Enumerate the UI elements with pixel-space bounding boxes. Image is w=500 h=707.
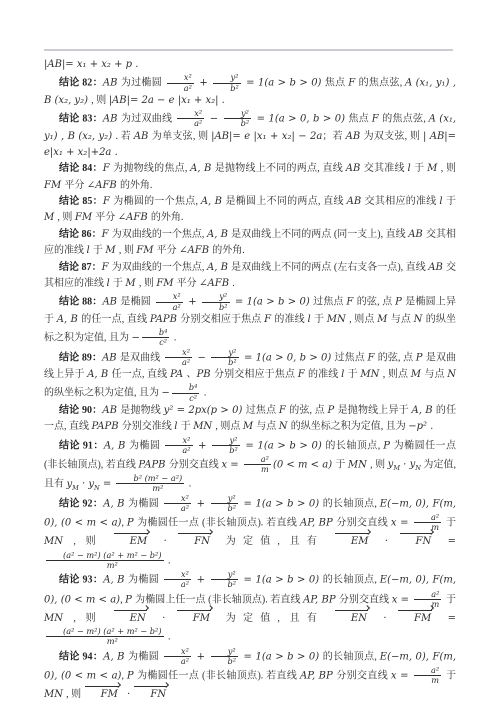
text-run: 交其相应的准线 bbox=[365, 196, 440, 207]
math-run: + bbox=[193, 575, 208, 586]
math-run: A, B bbox=[104, 440, 129, 451]
math-run: x = bbox=[391, 517, 412, 528]
text-run: . bbox=[201, 388, 206, 399]
fraction-denominator: b² bbox=[211, 504, 239, 513]
text-run: 与点 bbox=[256, 421, 279, 432]
math-run: yN bbox=[88, 479, 99, 490]
vector-run: FM bbox=[398, 609, 434, 627]
fraction-denominator: b² bbox=[202, 303, 230, 312]
text-run: . bbox=[232, 278, 235, 289]
math-run: MN bbox=[44, 613, 73, 624]
fraction: y²b² bbox=[202, 292, 230, 311]
text-run: 、 bbox=[186, 369, 196, 380]
text-run: 的长轴顶点, bbox=[323, 575, 380, 586]
text-run: 于 bbox=[181, 421, 194, 432]
paragraph: 结论 87：F 为双曲线的一个焦点, A, B 是双曲线上不同的两点 (左右支各… bbox=[44, 260, 456, 293]
paragraph: 结论 82：AB 为过椭圆 x²a² + y²b² = 1(a > b > 0)… bbox=[44, 73, 456, 109]
fraction: b⁴c² bbox=[172, 383, 200, 402]
conclusion-label: 结论 86： bbox=[59, 229, 102, 240]
text-run: , 则 bbox=[73, 536, 112, 547]
math-run: M bbox=[105, 245, 118, 256]
math-run: FM bbox=[156, 278, 176, 289]
math-run: · bbox=[400, 459, 410, 470]
math-subscript: M bbox=[72, 484, 79, 492]
text-run: , 则 bbox=[139, 278, 157, 289]
math-run: M bbox=[427, 163, 441, 174]
fraction: x²a² bbox=[165, 348, 192, 367]
paragraph: 结论 84：F 为抛物线的焦点, A, B 是抛物线上不同的两点, 直线 AB … bbox=[44, 161, 456, 194]
fraction: a²m bbox=[414, 590, 441, 609]
math-run: A, B bbox=[207, 229, 231, 240]
math-run: · bbox=[153, 536, 177, 547]
text-run: 于 bbox=[113, 278, 126, 289]
text-run: 过焦点 bbox=[313, 297, 346, 308]
fraction-denominator: m² bbox=[116, 484, 184, 493]
text-run: , 则 bbox=[73, 613, 112, 624]
math-run: AB bbox=[102, 352, 120, 363]
text-run: , 则 bbox=[370, 459, 388, 470]
fraction-denominator: a² bbox=[164, 504, 191, 513]
paragraph: 结论 91：A, B 为椭圆 x²a² + y²b² = 1(a > b > 0… bbox=[44, 436, 456, 494]
conclusion-label: 结论 84： bbox=[59, 163, 103, 174]
math-run: + bbox=[195, 440, 211, 451]
math-run: (0 < m < a) bbox=[273, 459, 335, 470]
math-run: M bbox=[243, 421, 256, 432]
text-run: . bbox=[166, 555, 171, 566]
math-run: ∠AFB bbox=[199, 278, 232, 289]
text-run: 于 bbox=[314, 314, 327, 325]
math-run: M bbox=[125, 278, 138, 289]
math-run: = bbox=[437, 536, 456, 547]
fraction: x²a² bbox=[167, 73, 194, 92]
math-run: P bbox=[416, 352, 426, 363]
math-run: ∠AFB bbox=[179, 245, 212, 256]
text-run: 是抛物线上不同的两点, 直线 bbox=[215, 163, 346, 174]
text-run: . bbox=[166, 632, 171, 643]
text-run: . bbox=[186, 479, 191, 490]
math-run: − bbox=[132, 333, 140, 344]
math-run: AB bbox=[134, 131, 152, 142]
conclusion-label: 结论 93： bbox=[59, 575, 103, 586]
math-run: AB bbox=[428, 262, 446, 273]
vector-run: FN bbox=[178, 532, 213, 550]
math-run: = 1(a > 0, b > 0) bbox=[241, 352, 335, 363]
math-run: = 1(a > b > 0) bbox=[243, 78, 325, 89]
text-run: 是椭圆上不同的两点, 直线 bbox=[225, 196, 346, 207]
fraction-denominator: a² bbox=[165, 358, 192, 367]
math-run: + bbox=[193, 498, 208, 509]
page-content: |AB|= x₁ + x₂ + p .结论 82：AB 为过椭圆 x²a² + … bbox=[44, 57, 456, 704]
conclusion-label: 结论 89： bbox=[59, 352, 102, 363]
fraction-numerator: (a² − m²) (a² + m² − b²) bbox=[46, 627, 164, 637]
fraction-denominator: b² bbox=[212, 446, 240, 455]
math-run: −p² . bbox=[408, 421, 433, 432]
math-run: AP, BP bbox=[300, 517, 336, 528]
text-run: 焦点 bbox=[348, 114, 371, 125]
text-run: 是抛物线上异于 bbox=[338, 405, 412, 416]
math-run: = bbox=[100, 479, 115, 490]
math-run: F bbox=[346, 297, 356, 308]
fraction-denominator: m bbox=[244, 465, 271, 474]
math-run: y² = 2px(p > 0) bbox=[164, 405, 246, 416]
text-run: 为定值, 且有 bbox=[216, 613, 334, 624]
fraction: (a² − m²) (a² + m² − b²)m² bbox=[46, 627, 164, 646]
vector-run: EM bbox=[335, 532, 372, 550]
text-run: 平分 bbox=[177, 278, 200, 289]
math-run: x = bbox=[392, 594, 413, 605]
text-run: 的外角. bbox=[212, 245, 245, 256]
math-run: · bbox=[124, 689, 134, 700]
math-run: F bbox=[102, 262, 112, 273]
math-run: = 1(a > b > 0) bbox=[240, 575, 323, 586]
math-run: = 1(a > 0, b > 0) bbox=[253, 114, 348, 125]
vector-run: EN bbox=[335, 609, 370, 627]
math-run: P bbox=[127, 517, 137, 528]
math-run: FM bbox=[136, 245, 156, 256]
math-run: P bbox=[328, 405, 338, 416]
math-run: F bbox=[264, 314, 274, 325]
text-run: 分别交相应于焦点 bbox=[180, 314, 264, 325]
paragraph: 结论 86：F 为双曲线的一个焦点, A, B 是双曲线上不同的两点 (同一支上… bbox=[44, 227, 456, 260]
math-run: + bbox=[193, 651, 208, 662]
text-run: 的准线 bbox=[308, 369, 341, 380]
text-run: 的焦点弦, bbox=[382, 114, 428, 125]
fraction: y²b² bbox=[211, 570, 239, 589]
text-run: 于 bbox=[93, 245, 106, 256]
math-run: A, B bbox=[411, 405, 435, 416]
math-run: A, B bbox=[103, 498, 128, 509]
text-run: 的任一点, 直线 bbox=[81, 314, 150, 325]
math-run: AB bbox=[103, 114, 121, 125]
text-run: 于 bbox=[335, 459, 348, 470]
text-run: 为过双曲线 bbox=[121, 114, 175, 125]
text-run: 为椭圆 bbox=[128, 575, 162, 586]
math-run: yN bbox=[410, 459, 421, 470]
text-run: 于 bbox=[414, 163, 427, 174]
conclusion-label: 结论 82： bbox=[59, 78, 103, 89]
vector-run: EN bbox=[114, 609, 149, 627]
math-run: MN bbox=[193, 421, 215, 432]
text-run: 的纵坐标之积为定值, 且为 bbox=[44, 388, 162, 399]
text-run: ；若 bbox=[322, 131, 345, 142]
text-run: 是抛物线 bbox=[120, 405, 163, 416]
fraction: y²b² bbox=[212, 436, 240, 455]
fraction-denominator: a² bbox=[164, 580, 191, 589]
math-run: PA bbox=[170, 369, 186, 380]
math-run: = 1(a > b > 0) bbox=[240, 498, 323, 509]
vector-run: FN bbox=[134, 685, 169, 703]
text-run: 的焦点弦, bbox=[359, 78, 405, 89]
text-run: 平分 bbox=[157, 245, 180, 256]
paragraph: 结论 92：A, B 为椭圆 x²a² + y²b² = 1(a > b > 0… bbox=[44, 494, 456, 571]
math-run: A, B bbox=[201, 196, 226, 207]
text-run: . bbox=[171, 333, 176, 344]
text-run: , 则 bbox=[91, 95, 109, 106]
math-run: A, B bbox=[57, 314, 81, 325]
paragraph: |AB|= x₁ + x₂ + p . bbox=[44, 57, 456, 73]
fraction: x²a² bbox=[165, 436, 192, 455]
paragraph: 结论 88：AB 是椭圆 x²a² + y²b² = 1(a > b > 0) … bbox=[44, 292, 456, 347]
header-rule bbox=[44, 49, 453, 51]
text-run: 任一点, 直线 bbox=[112, 369, 170, 380]
text-run: 的长轴顶点, bbox=[323, 498, 380, 509]
math-run: ∠AFB bbox=[118, 212, 151, 223]
text-run: 于 bbox=[443, 517, 456, 528]
document-page: |AB|= x₁ + x₂ + p .结论 82：AB 为过椭圆 x²a² + … bbox=[0, 0, 500, 707]
text-run: 为椭圆 bbox=[129, 440, 163, 451]
text-run: , 则点 bbox=[215, 421, 243, 432]
conclusion-label: 结论 91： bbox=[59, 440, 104, 451]
math-run: + bbox=[185, 297, 200, 308]
text-run: 为过椭圆 bbox=[121, 78, 165, 89]
math-run: F bbox=[102, 229, 112, 240]
conclusion-label: 结论 88： bbox=[59, 297, 102, 308]
fraction-denominator: a² bbox=[165, 446, 192, 455]
text-run: 为抛物线的焦点, bbox=[113, 163, 190, 174]
text-run: . 若 bbox=[116, 131, 134, 142]
text-run: 的长轴顶点, bbox=[323, 651, 380, 662]
math-run: AB bbox=[347, 196, 365, 207]
text-run: 为双支弦, 则 bbox=[364, 131, 423, 142]
math-run: N bbox=[414, 314, 426, 325]
text-run: 的长轴顶点, bbox=[325, 440, 383, 451]
math-run: A, B bbox=[103, 575, 128, 586]
fraction: b² (m² − a²)m² bbox=[116, 474, 184, 493]
math-run: yM bbox=[67, 479, 79, 490]
fraction: x²a² bbox=[164, 494, 191, 513]
math-run: A, B bbox=[207, 262, 231, 273]
text-run: 为双曲线的一个焦点, bbox=[112, 262, 207, 273]
math-run: AB bbox=[346, 131, 364, 142]
fraction: y²b² bbox=[211, 494, 239, 513]
math-run: PB bbox=[197, 369, 214, 380]
math-run: N bbox=[279, 421, 291, 432]
fraction-denominator: m² bbox=[46, 561, 164, 570]
text-run: 过焦点 bbox=[246, 405, 279, 416]
fraction: y²b² bbox=[224, 109, 252, 128]
math-run: F bbox=[348, 78, 358, 89]
page-number: 6 bbox=[248, 669, 252, 678]
fraction: b⁴c² bbox=[142, 328, 170, 347]
math-run: M bbox=[377, 314, 391, 325]
text-run: 为椭圆的一个焦点, bbox=[113, 196, 201, 207]
math-run: F bbox=[368, 352, 378, 363]
math-run: A, B bbox=[87, 369, 111, 380]
fraction: x²a² bbox=[156, 292, 183, 311]
math-run: FM bbox=[44, 180, 64, 191]
fraction-numerator: b² (m² − a²) bbox=[116, 474, 184, 484]
text-run: 于 bbox=[446, 196, 456, 207]
text-run: 为双曲线的一个焦点, bbox=[112, 229, 207, 240]
vector-run: FM bbox=[85, 685, 121, 703]
fraction-denominator: a² bbox=[177, 119, 204, 128]
conclusion-label: 结论 85： bbox=[59, 196, 103, 207]
text-run: 是椭圆 bbox=[120, 297, 153, 308]
fraction: x²a² bbox=[177, 109, 204, 128]
fraction-denominator: c² bbox=[142, 338, 170, 347]
paragraph: 结论 93：A, B 为椭圆 x²a² + y²b² = 1(a > b > 0… bbox=[44, 570, 456, 647]
math-run: PAPB bbox=[138, 459, 168, 470]
fraction-denominator: c² bbox=[172, 394, 200, 403]
math-run: MN bbox=[44, 689, 66, 700]
text-run: 的外角. bbox=[120, 180, 153, 191]
text-run: 与点 bbox=[424, 369, 447, 380]
vector-run: FN bbox=[400, 532, 435, 550]
text-run: , 则 bbox=[66, 689, 84, 700]
math-run: MN bbox=[44, 536, 73, 547]
fraction-denominator: b² bbox=[224, 119, 252, 128]
text-run: 的外角. bbox=[151, 212, 184, 223]
text-run: 平分 bbox=[64, 180, 87, 191]
fraction-denominator: b² bbox=[213, 84, 241, 93]
math-run: F bbox=[279, 405, 289, 416]
text-run: 为椭圆 bbox=[128, 498, 162, 509]
text-run: 分别交直线 bbox=[336, 517, 391, 528]
math-run: = 1(a > b > 0) bbox=[240, 651, 323, 662]
fraction: x²a² bbox=[164, 570, 191, 589]
fraction: a²m bbox=[414, 513, 441, 532]
text-run: , 则 bbox=[441, 163, 456, 174]
text-run: , 则 bbox=[119, 245, 137, 256]
text-run: 分别交相应于焦点 bbox=[214, 369, 298, 380]
math-run: yM bbox=[388, 459, 400, 470]
text-run: 过焦点 bbox=[335, 352, 368, 363]
vector-run: EM bbox=[114, 532, 151, 550]
conclusion-label: 结论 92： bbox=[59, 498, 103, 509]
text-run: 的弦, 点 bbox=[378, 352, 416, 363]
math-run: PAPB bbox=[150, 314, 180, 325]
math-run: AB bbox=[103, 78, 121, 89]
math-run: = 1(a > b > 0) bbox=[232, 297, 314, 308]
text-run: 为定值, 且有 bbox=[216, 536, 334, 547]
math-run: · bbox=[152, 613, 176, 624]
text-run: 是双曲线上不同的两点 (同一支上), 直线 bbox=[231, 229, 408, 240]
text-run: 是双曲线 bbox=[120, 352, 163, 363]
math-run: − bbox=[162, 388, 170, 399]
text-run: 分别交直线 bbox=[339, 594, 392, 605]
text-run: 焦点 bbox=[325, 78, 348, 89]
fraction: (a² − m²) (a² + m² − b²)m² bbox=[46, 551, 164, 570]
math-run: PAPB bbox=[92, 421, 122, 432]
vector-run: FM bbox=[177, 609, 213, 627]
fraction: a²m bbox=[244, 455, 271, 474]
math-run: + bbox=[196, 78, 211, 89]
math-run: F bbox=[103, 196, 113, 207]
paragraph: 结论 85：F 为椭圆的一个焦点, A, B 是椭圆上不同的两点, 直线 AB … bbox=[44, 194, 456, 227]
text-run: 为椭圆任一点 (非长轴顶点). 若直线 bbox=[137, 517, 300, 528]
conclusion-label: 结论 94： bbox=[59, 651, 103, 662]
math-run: AB bbox=[346, 163, 364, 174]
math-run: N bbox=[447, 369, 456, 380]
fraction-denominator: a² bbox=[167, 84, 194, 93]
paragraph: 结论 89：AB 是双曲线 x²a² − y²b² = 1(a > 0, b >… bbox=[44, 348, 456, 403]
text-run: 平分 bbox=[95, 212, 118, 223]
math-run: AB bbox=[102, 297, 120, 308]
math-subscript: M bbox=[393, 464, 400, 472]
conclusion-label: 结论 87： bbox=[59, 262, 102, 273]
math-run: − bbox=[194, 352, 209, 363]
math-run: M bbox=[44, 212, 57, 223]
math-run: P bbox=[395, 297, 405, 308]
fraction-numerator: b⁴ bbox=[172, 383, 200, 393]
math-run: F bbox=[298, 369, 308, 380]
math-run: A, B bbox=[190, 163, 215, 174]
math-run: P bbox=[383, 440, 393, 451]
math-run: = bbox=[437, 613, 456, 624]
math-run: · bbox=[79, 479, 89, 490]
math-run: P bbox=[125, 594, 135, 605]
math-run: AB bbox=[408, 229, 426, 240]
math-run: F bbox=[103, 163, 113, 174]
fraction-denominator: b² bbox=[211, 580, 239, 589]
math-run: x = bbox=[221, 459, 241, 470]
fraction-numerator: (a² − m²) (a² + m² − b²) bbox=[46, 551, 164, 561]
text-run: 于 bbox=[443, 594, 456, 605]
conclusion-label: 结论 90： bbox=[59, 405, 102, 416]
math-run: = 1(a > b > 0) bbox=[242, 440, 326, 451]
text-run: 为单支弦, 则 bbox=[152, 131, 211, 142]
math-run: AB bbox=[102, 405, 120, 416]
text-run: 是双曲线上不同的两点 (左右支各一点), 直线 bbox=[231, 262, 428, 273]
text-run: 分别交直线 bbox=[169, 459, 222, 470]
math-run: MN bbox=[360, 369, 382, 380]
text-run: 的弦, 点 bbox=[357, 297, 395, 308]
text-run: , 则点 bbox=[349, 314, 377, 325]
text-run: 的纵坐标之积为定值, 且为 bbox=[291, 421, 409, 432]
math-run: A, B bbox=[103, 651, 128, 662]
fraction-denominator: m² bbox=[46, 637, 164, 646]
text-run: , 则 bbox=[57, 212, 75, 223]
text-run: 分别交准线 bbox=[122, 421, 175, 432]
page-footer: 6 bbox=[0, 663, 500, 681]
fraction: y²b² bbox=[213, 73, 241, 92]
text-run: 的弦, 点 bbox=[289, 405, 327, 416]
math-run: FM bbox=[75, 212, 95, 223]
text-run: 交其准线 bbox=[364, 163, 408, 174]
math-run: · bbox=[373, 613, 397, 624]
conclusion-label: 结论 83： bbox=[59, 114, 103, 125]
math-run: · bbox=[374, 536, 398, 547]
math-run: F bbox=[372, 114, 382, 125]
math-run: MN bbox=[327, 314, 349, 325]
math-run: |AB|= e |x₁ + x₂| − 2a bbox=[211, 131, 322, 142]
math-run: |AB|= 2a − e |x₁ + x₂| . bbox=[109, 95, 225, 106]
fraction-denominator: a² bbox=[156, 303, 183, 312]
math-run: AP, BP bbox=[303, 594, 339, 605]
text-run: 的准线 bbox=[274, 314, 307, 325]
text-run: , 则点 bbox=[383, 369, 411, 380]
math-run: |AB|= x₁ + x₂ + p . bbox=[44, 59, 138, 70]
text-run: 为椭圆 bbox=[128, 651, 162, 662]
fraction-denominator: b² bbox=[211, 358, 239, 367]
math-run: MN bbox=[348, 459, 370, 470]
paragraph: 结论 90：AB 是抛物线 y² = 2px(p > 0) 过焦点 F 的弦, … bbox=[44, 403, 456, 436]
math-run: M bbox=[411, 369, 425, 380]
text-run: 与点 bbox=[391, 314, 414, 325]
math-run: − bbox=[206, 114, 221, 125]
math-run: ∠AFB bbox=[87, 180, 120, 191]
fraction: y²b² bbox=[211, 348, 239, 367]
paragraph: 结论 83：AB 为过双曲线 x²a² − y²b² = 1(a > 0, b … bbox=[44, 109, 456, 161]
text-run: 为椭圆上任一点 (非长轴顶点). 若直线 bbox=[135, 594, 303, 605]
text-run: 于 bbox=[348, 369, 361, 380]
